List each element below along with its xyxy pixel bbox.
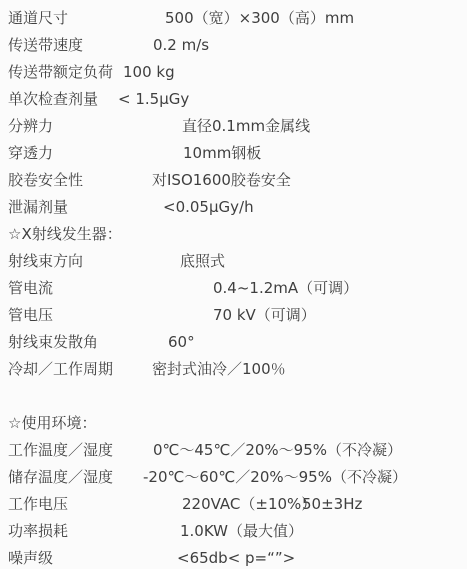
spec-row-beam-direction: 射线束方向 底照式 [0, 248, 467, 275]
spec-value: 70 kV（可调） [213, 302, 316, 329]
spec-row-belt-load: 传送带额定负荷 100 kg [0, 59, 467, 86]
spec-value: 60° [168, 329, 195, 356]
spec-value: <0.05μGy/h [163, 194, 254, 221]
spec-value: 1.0KW（最大值） [180, 518, 303, 545]
spec-row-cooling-duty: 冷却／工作周期 密封式油冷／100％ [0, 356, 467, 383]
section-heading-environment: ☆使用环境： [0, 410, 467, 437]
spec-row-leakage-dose: 泄漏剂量 <0.05μGy/h [0, 194, 467, 221]
spec-row-single-dose: 单次检查剂量 < 1.5μGy [0, 86, 467, 113]
spec-value: 底照式 [180, 248, 225, 275]
spec-row-tube-voltage: 管电压 70 kV（可调） [0, 302, 467, 329]
section-heading-label: ☆使用环境： [8, 410, 96, 437]
spec-value: 对ISO1600胶卷安全 [152, 167, 291, 194]
spec-label: 储存温度／湿度 [8, 464, 113, 491]
spec-label: 分辨力 [8, 113, 53, 140]
spec-label: 管电流 [8, 275, 53, 302]
spec-label: 工作温度／湿度 [8, 437, 113, 464]
spec-label: 单次检查剂量 [8, 86, 98, 113]
spec-value: 0.4~1.2mA（可调） [213, 275, 358, 302]
spec-row-resolution: 分辨力 直径0.1mm金属线 [0, 113, 467, 140]
spec-sheet: 通道尺寸 500（宽）×300（高）mm 传送带速度 0.2 m/s 传送带额定… [0, 0, 467, 569]
spec-row-channel-size: 通道尺寸 500（宽）×300（高）mm [0, 5, 467, 32]
spec-value: <65db< p=“”> [177, 545, 295, 569]
spec-row-power-consumption: 功率损耗 1.0KW（最大值） [0, 518, 467, 545]
spec-row-tube-current: 管电流 0.4~1.2mA（可调） [0, 275, 467, 302]
spec-label: 传送带速度 [8, 32, 83, 59]
spec-label: 穿透力 [8, 140, 53, 167]
spec-row-noise-level: 噪声级 <65db< p=“”> [0, 545, 467, 569]
spec-value: 密封式油冷／100％ [152, 356, 286, 383]
spec-label: 噪声级 [8, 545, 53, 569]
spec-value-frequency: 50±3Hz [302, 491, 362, 518]
spec-label: 传送带额定负荷 [8, 59, 113, 86]
section-heading-xray-generator: ☆X射线发生器： [0, 221, 467, 248]
spec-label: 胶卷安全性 [8, 167, 83, 194]
spec-row-operating-voltage: 工作电压 220VAC（±10%） 50±3Hz [0, 491, 467, 518]
spec-label: 工作电压 [8, 491, 68, 518]
spec-value: 直径0.1mm金属线 [182, 113, 310, 140]
spec-row-operating-temp-humidity: 工作温度／湿度 0℃～45℃／20%～95%（不冷凝） [0, 437, 467, 464]
section-heading-label: ☆X射线发生器： [8, 221, 122, 248]
spec-row-penetration: 穿透力 10mm钢板 [0, 140, 467, 167]
spec-value: 220VAC（±10%） [182, 491, 316, 518]
spec-value: 500（宽）×300（高）mm [165, 5, 354, 32]
spec-row-storage-temp-humidity: 储存温度／湿度 -20℃～60℃／20%～95%（不冷凝） [0, 464, 467, 491]
spec-label: 功率损耗 [8, 518, 68, 545]
spec-value: 10mm钢板 [183, 140, 261, 167]
section-spacer [0, 383, 467, 410]
spec-label: 通道尺寸 [8, 5, 68, 32]
spec-value: 0℃～45℃／20%～95%（不冷凝） [153, 437, 402, 464]
spec-label: 泄漏剂量 [8, 194, 68, 221]
spec-label: 冷却／工作周期 [8, 356, 113, 383]
spec-label: 管电压 [8, 302, 53, 329]
spec-label: 射线束方向 [8, 248, 83, 275]
spec-value: 100 kg [123, 59, 175, 86]
spec-row-belt-speed: 传送带速度 0.2 m/s [0, 32, 467, 59]
spec-value: 0.2 m/s [153, 32, 209, 59]
spec-value: < 1.5μGy [118, 86, 189, 113]
spec-label: 射线束发散角 [8, 329, 98, 356]
spec-value: -20℃～60℃／20%～95%（不冷凝） [143, 464, 407, 491]
spec-row-beam-divergence: 射线束发散角 60° [0, 329, 467, 356]
spec-row-film-safety: 胶卷安全性 对ISO1600胶卷安全 [0, 167, 467, 194]
